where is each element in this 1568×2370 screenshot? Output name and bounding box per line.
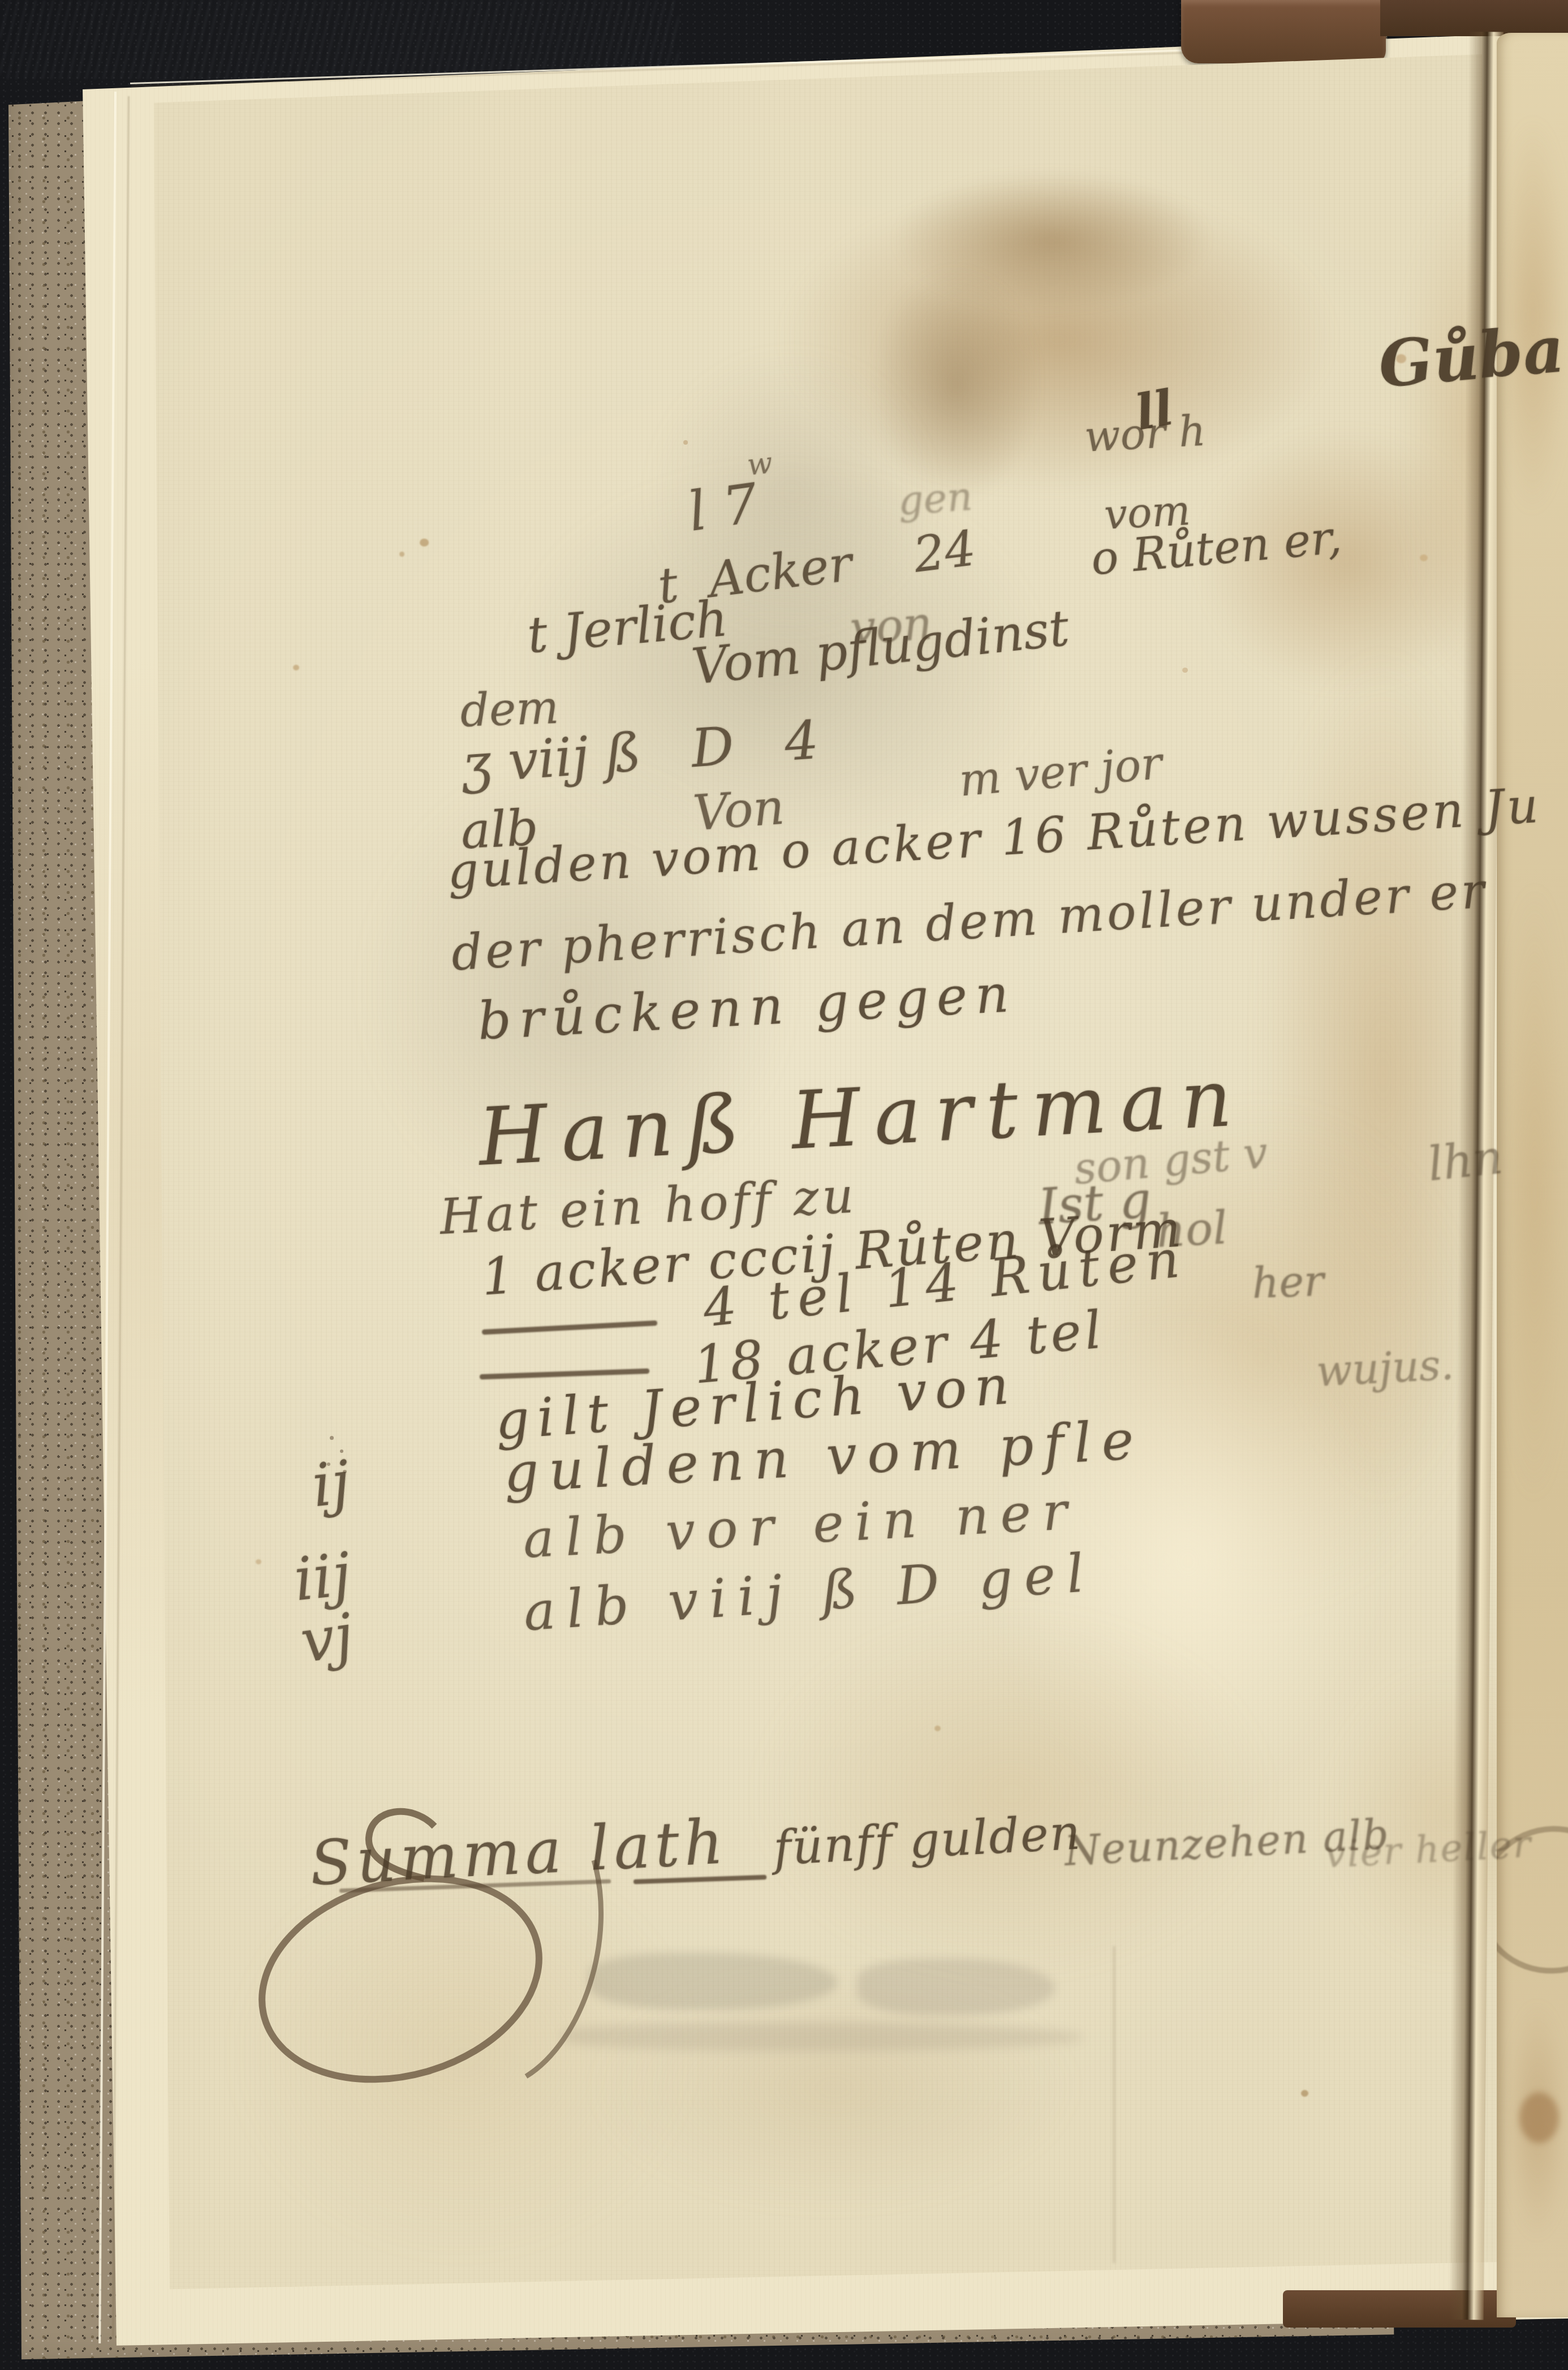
handwriting-fragment: wor h [1083, 407, 1207, 462]
margin-amount: vj [296, 1601, 357, 1676]
photographed-book-spread: Gůba ll wor h vom o Růten er, w l 7 gen … [0, 0, 1568, 2370]
handwriting-line: brůckenn gegen [476, 963, 1018, 1052]
handwriting-layer: Gůba ll wor h vom o Růten er, w l 7 gen … [0, 0, 1568, 2370]
summa-amount-gulden: fünff gulden [772, 1805, 1083, 1876]
handwriting-fragment: m ver jor [957, 738, 1164, 807]
gathering-mark: Gůba [1376, 312, 1567, 402]
ditto-dash [480, 1369, 649, 1379]
margin-amount: ij [309, 1448, 354, 1520]
handwriting-fragment-faded: her [1251, 1257, 1325, 1308]
handwriting-fragment-faded: gen [897, 473, 974, 524]
handwriting-fragment: l 7 [684, 471, 762, 544]
handwriting-fragment-faded: wujus. [1315, 1340, 1455, 1396]
handwriting-fragment-faded: lhn [1425, 1130, 1505, 1192]
ditto-dash [482, 1321, 657, 1335]
